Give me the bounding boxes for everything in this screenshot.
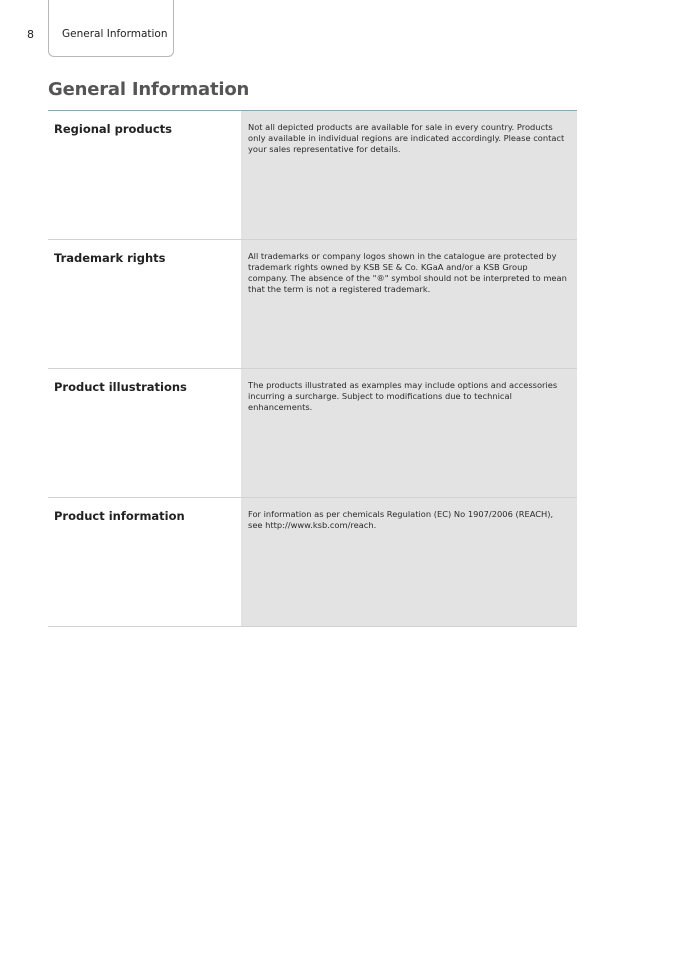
row-label: Regional products bbox=[48, 111, 241, 239]
page-number: 8 bbox=[27, 28, 34, 41]
row-label: Product information bbox=[48, 498, 241, 626]
table-row: Product illustrations The products illus… bbox=[48, 369, 577, 498]
row-text: The products illustrated as examples may… bbox=[241, 369, 577, 497]
table-row: Product information For information as p… bbox=[48, 498, 577, 627]
table-row: Regional products Not all depicted produ… bbox=[48, 111, 577, 240]
row-text: Not all depicted products are available … bbox=[241, 111, 577, 239]
section-tab: General Information bbox=[48, 0, 174, 57]
row-text: For information as per chemicals Regulat… bbox=[241, 498, 577, 626]
info-table: Regional products Not all depicted produ… bbox=[48, 110, 577, 627]
row-label: Product illustrations bbox=[48, 369, 241, 497]
table-row: Trademark rights All trademarks or compa… bbox=[48, 240, 577, 369]
row-text: All trademarks or company logos shown in… bbox=[241, 240, 577, 368]
page-title: General Information bbox=[48, 79, 249, 100]
row-label: Trademark rights bbox=[48, 240, 241, 368]
section-tab-label: General Information bbox=[62, 28, 168, 40]
